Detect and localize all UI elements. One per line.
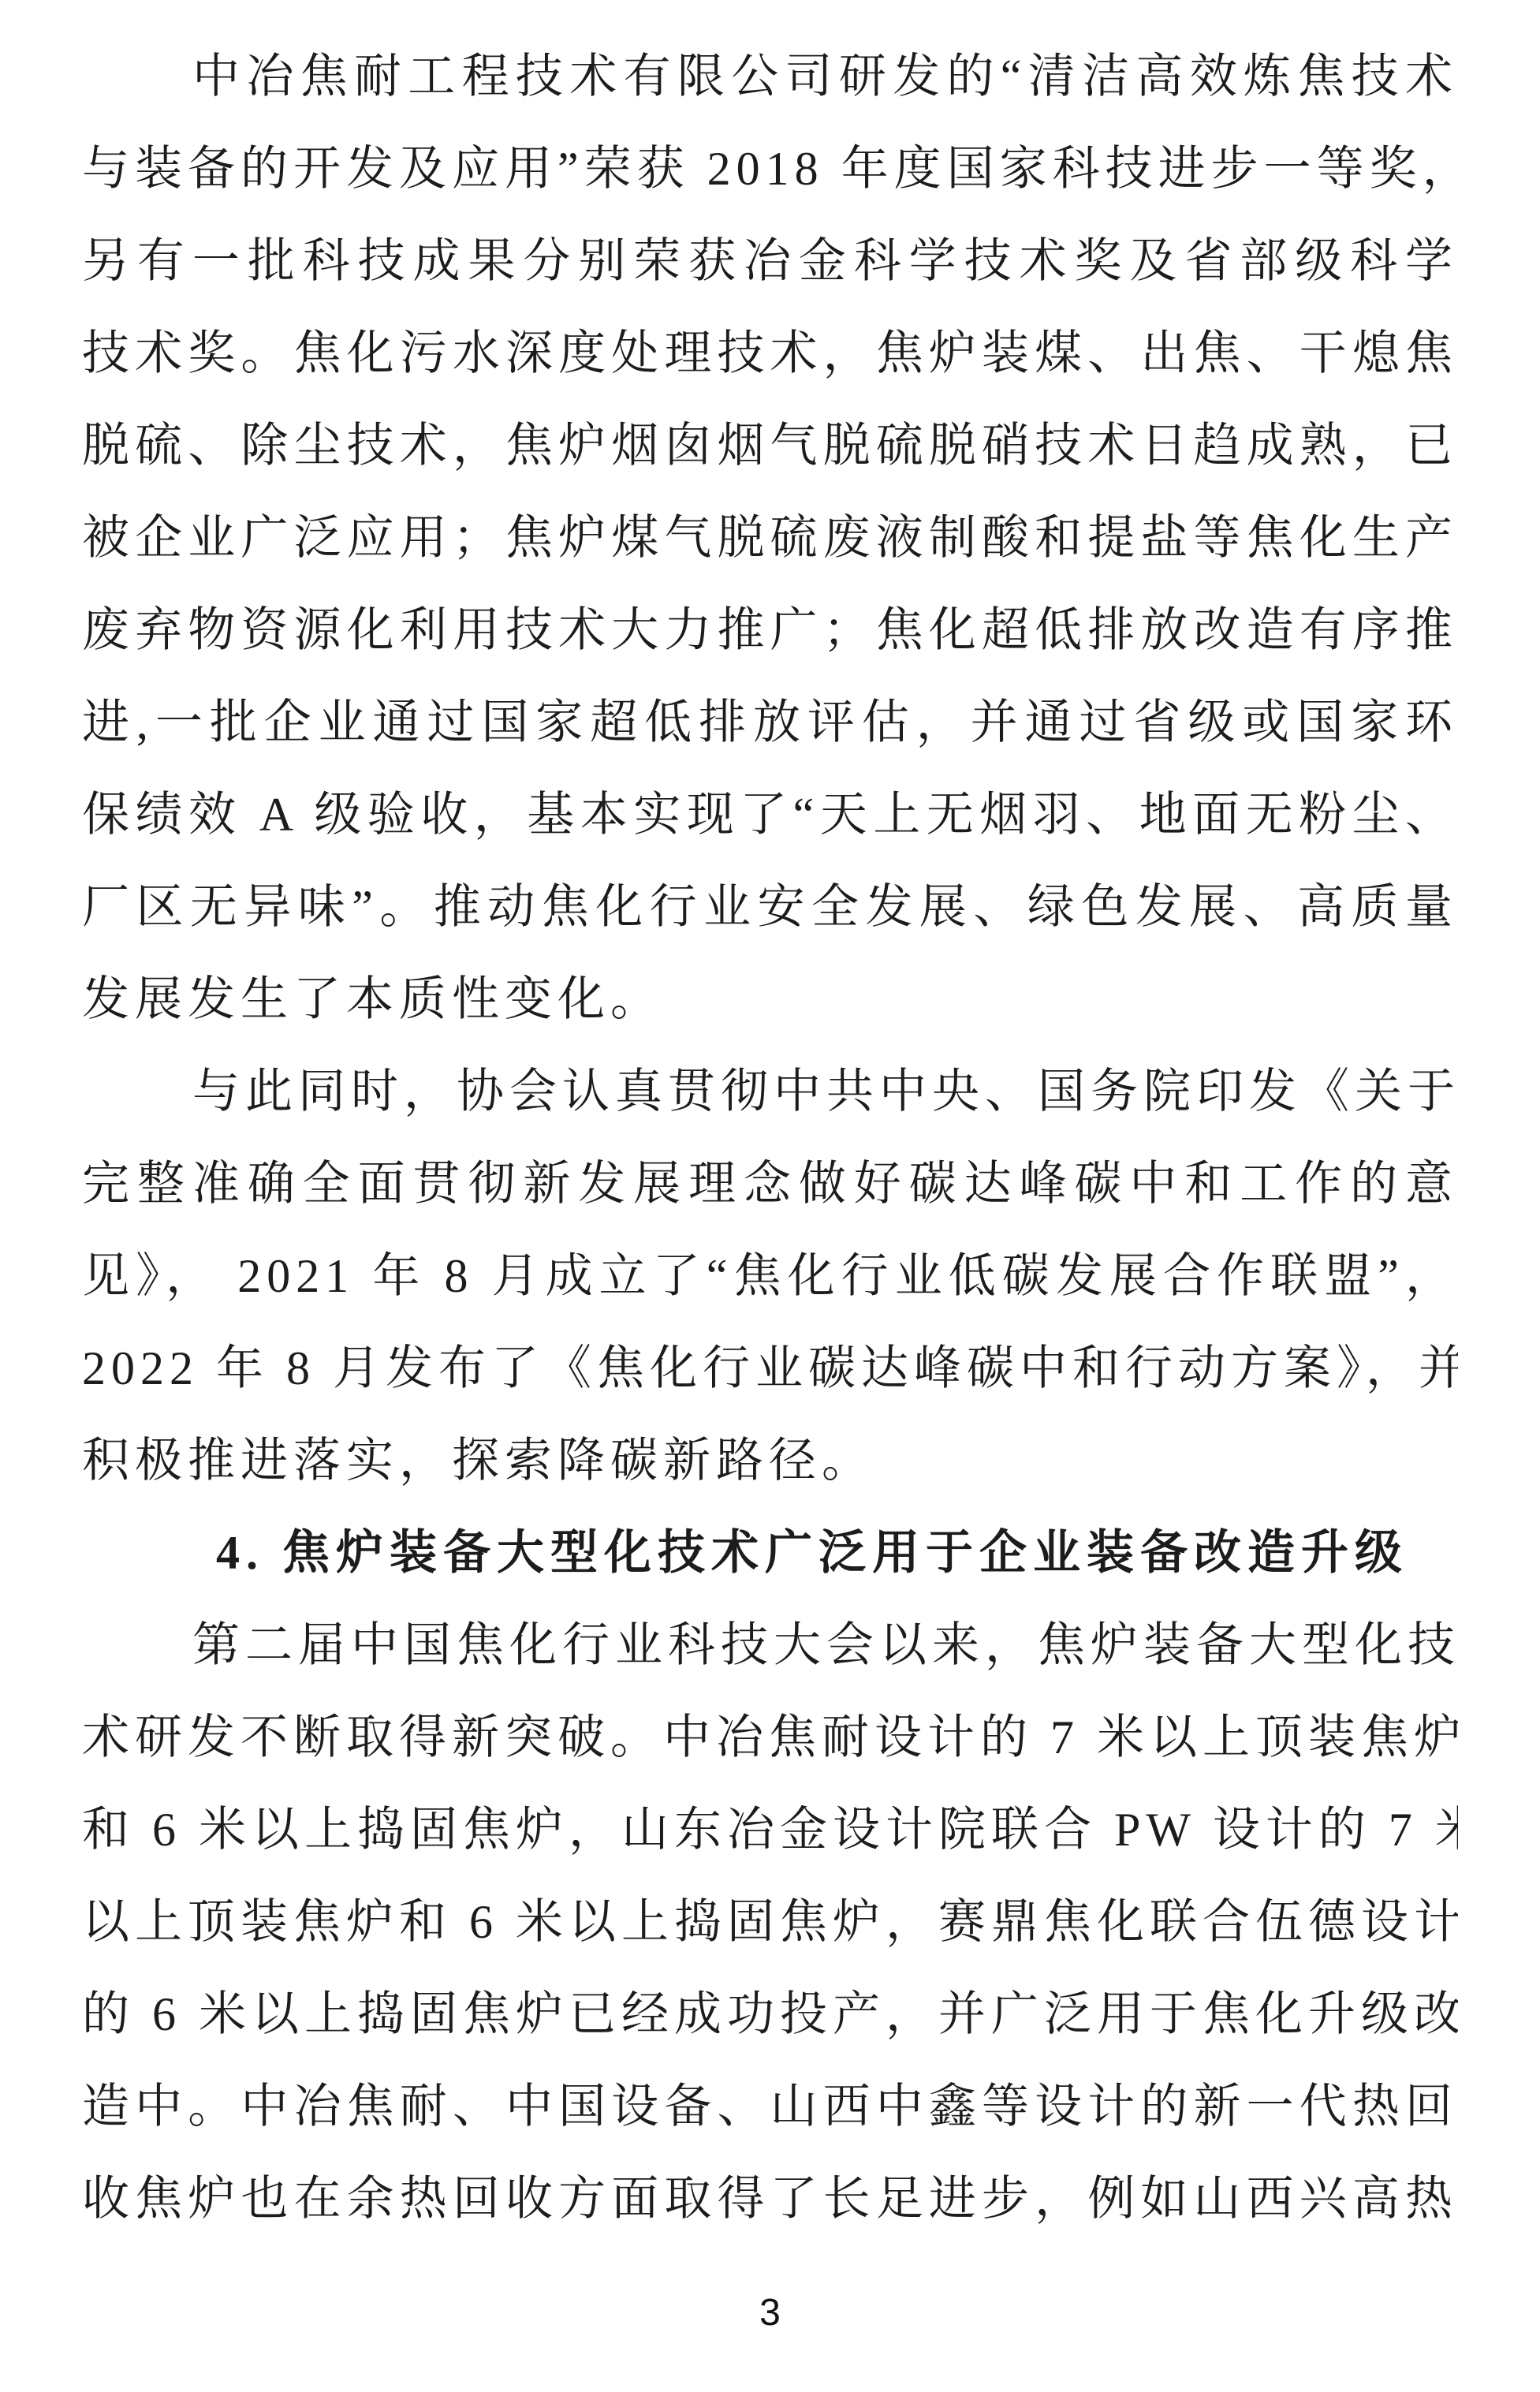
text-line: 完整准确全面贯彻新发展理念做好碳达峰碳中和工作的意 [82, 1138, 1458, 1230]
text-line: 积极推进落实，探索降碳新路径。 [82, 1415, 1458, 1507]
text-line: 与此同时，协会认真贯彻中共中央、国务院印发《关于 [82, 1046, 1458, 1138]
section-heading: 4. 焦炉装备大型化技术广泛用于企业装备改造升级 [82, 1507, 1458, 1599]
text-line: 2022 年 8 月发布了《焦化行业碳达峰碳中和行动方案》，并 [82, 1323, 1458, 1415]
text-line: 收焦炉也在余热回收方面取得了长足进步，例如山西兴高热 [82, 2153, 1458, 2245]
text-line: 技术奖。焦化污水深度处理技术，焦炉装煤、出焦、干熄焦 [82, 308, 1458, 400]
text-line: 厂区无异味”。推动焦化行业安全发展、绿色发展、高质量 [82, 861, 1458, 953]
text-line: 造中。中冶焦耐、中国设备、山西中鑫等设计的新一代热回 [82, 2061, 1458, 2153]
document-body: 中冶焦耐工程技术有限公司研发的“清洁高效炼焦技术 与装备的开发及应用”荣获 20… [82, 31, 1458, 2245]
page-number: 3 [759, 2292, 781, 2334]
text-line: 保绩效 A 级验收，基本实现了“天上无烟羽、地面无粉尘、 [82, 769, 1458, 861]
text-line: 被企业广泛应用；焦炉煤气脱硫废液制酸和提盐等焦化生产 [82, 492, 1458, 584]
text-line: 第二届中国焦化行业科技大会以来，焦炉装备大型化技 [82, 1599, 1458, 1692]
text-line: 以上顶装焦炉和 6 米以上捣固焦炉，赛鼎焦化联合伍德设计 [82, 1876, 1458, 1968]
text-line: 和 6 米以上捣固焦炉，山东冶金设计院联合 PW 设计的 7 米 [82, 1784, 1458, 1876]
text-line: 脱硫、除尘技术，焦炉烟囱烟气脱硫脱硝技术日趋成熟，已 [82, 400, 1458, 492]
text-line: 进,一批企业通过国家超低排放评估，并通过省级或国家环 [82, 677, 1458, 769]
page-footer: 3 [0, 2289, 1540, 2337]
text-line: 见》， 2021 年 8 月成立了“焦化行业低碳发展合作联盟”， [82, 1230, 1458, 1323]
text-line: 的 6 米以上捣固焦炉已经成功投产，并广泛用于焦化升级改 [82, 1968, 1458, 2061]
text-line: 发展发生了本质性变化。 [82, 953, 1458, 1046]
text-line: 与装备的开发及应用”荣获 2018 年度国家科技进步一等奖， [82, 123, 1458, 215]
text-line: 另有一批科技成果分别荣获冶金科学技术奖及省部级科学 [82, 215, 1458, 308]
text-line: 中冶焦耐工程技术有限公司研发的“清洁高效炼焦技术 [82, 31, 1458, 123]
text-line: 废弃物资源化利用技术大力推广；焦化超低排放改造有序推 [82, 584, 1458, 677]
text-line: 术研发不断取得新突破。中冶焦耐设计的 7 米以上顶装焦炉 [82, 1692, 1458, 1784]
document-page: 中冶焦耐工程技术有限公司研发的“清洁高效炼焦技术 与装备的开发及应用”荣获 20… [0, 0, 1540, 2392]
